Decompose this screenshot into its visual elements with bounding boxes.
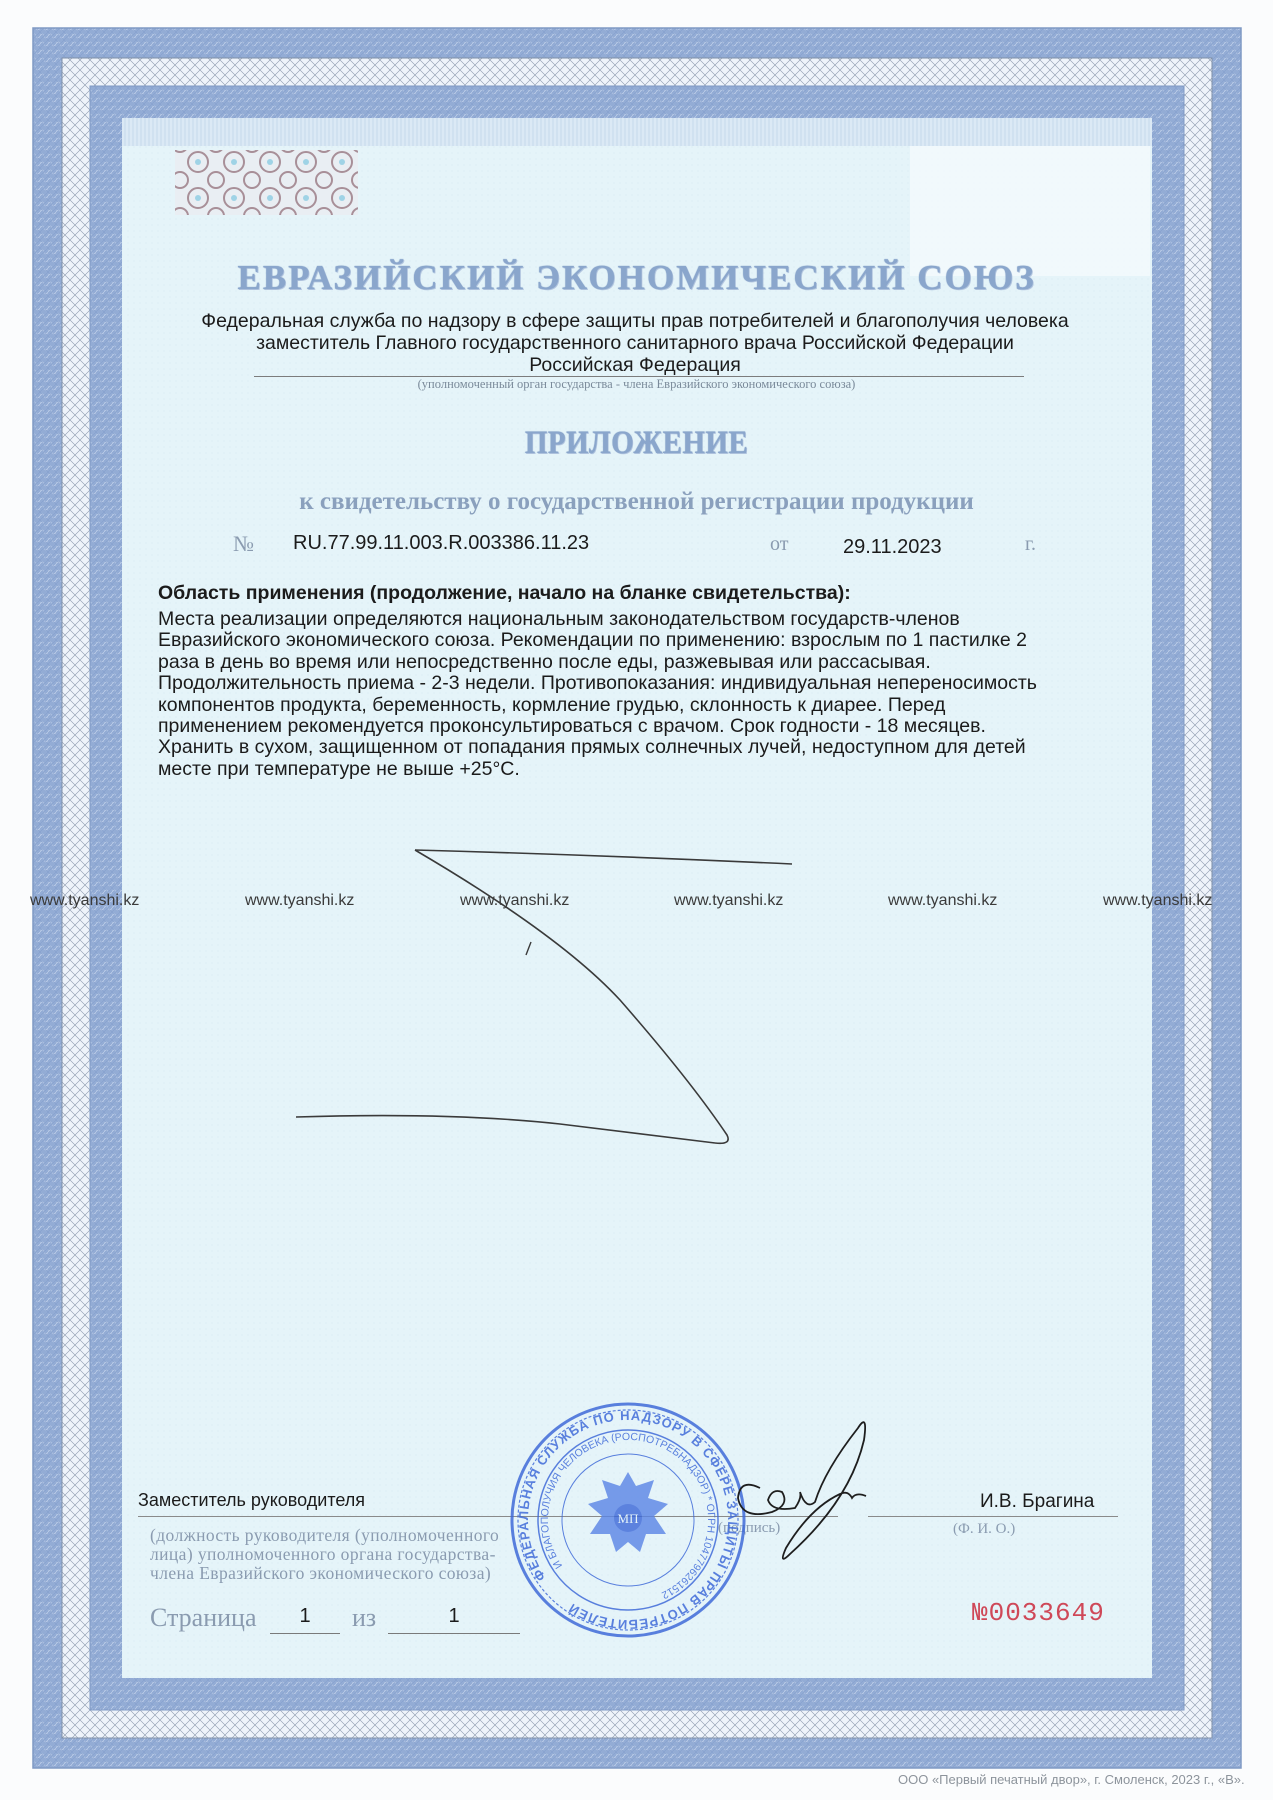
total-pages-underline <box>388 1633 520 1634</box>
current-page: 1 <box>270 1605 340 1628</box>
annex-title: ПРИЛОЖЕНИЕ <box>76 425 1196 462</box>
scope-line: Продолжительность приема - 2-3 недели. П… <box>158 673 1118 694</box>
agency-line-1: Федеральная служба по надзору в сфере за… <box>140 310 1130 332</box>
stamp-center-text: МП <box>618 1511 639 1526</box>
union-title: ЕВРАЗИЙСКИЙ ЭКОНОМИЧЕСКИЙ СОЮЗ <box>0 258 1273 298</box>
scope-line: месте при температуре не выше +25°С. <box>158 759 1118 780</box>
name-underline <box>868 1516 1118 1517</box>
watermark-text: www.tyanshi.kz <box>30 892 139 910</box>
total-pages: 1 <box>388 1605 520 1628</box>
agency-line-3: Российская Федерация <box>140 354 1130 376</box>
year-suffix: г. <box>1025 533 1036 556</box>
official-stamp: ФЕДЕРАЛЬНАЯ СЛУЖБА ПО НАДЗОРУ В СФЕРЕ ЗА… <box>508 1400 748 1640</box>
scope-body: Места реализации определяются национальн… <box>158 609 1118 780</box>
scope-line: Места реализации определяются национальн… <box>158 609 1118 630</box>
fio-caption: (Ф. И. О.) <box>953 1521 1015 1538</box>
from-label: от <box>770 533 788 556</box>
scope-line: Евразийского экономического союза. Реком… <box>158 630 1118 651</box>
agency-caption: (уполномоченный орган государства - член… <box>0 377 1273 392</box>
watermark-text: www.tyanshi.kz <box>245 892 354 910</box>
scope-line: Хранить в сухом, защищенном от попадания… <box>158 737 1118 758</box>
form-serial-number: №0033649 <box>972 1598 1105 1628</box>
scope-line: раза в день во время или непосредственно… <box>158 652 1118 673</box>
registration-number: RU.77.99.11.003.R.003386.11.23 <box>293 532 589 555</box>
number-sign: № <box>233 531 254 557</box>
scope-heading: Область применения (продолжение, начало … <box>158 582 851 605</box>
signer-position: Заместитель руководителя <box>138 1490 365 1511</box>
watermark-text: www.tyanshi.kz <box>460 892 569 910</box>
annex-subtitle: к свидетельству о государственной регист… <box>0 488 1273 516</box>
page-label: Страница <box>150 1603 257 1633</box>
registration-date: 29.11.2023 <box>843 536 942 559</box>
scope-line: компонентов продукта, беременность, корм… <box>158 695 1118 716</box>
watermark-text: www.tyanshi.kz <box>674 892 783 910</box>
watermark-text: www.tyanshi.kz <box>888 892 997 910</box>
watermark-row: www.tyanshi.kz www.tyanshi.kz www.tyansh… <box>0 892 1273 916</box>
agency-line-2: заместитель Главного государственного са… <box>140 332 1130 354</box>
signer-name: И.В. Брагина <box>980 1491 1094 1513</box>
of-label: из <box>352 1603 376 1633</box>
scope-line: применением рекомендуется проконсультиро… <box>158 716 1118 737</box>
watermark-text: www.tyanshi.kz <box>1103 892 1212 910</box>
printer-imprint: ООО «Первый печатный двор», г. Смоленск,… <box>898 1772 1245 1787</box>
current-page-underline <box>270 1633 340 1634</box>
